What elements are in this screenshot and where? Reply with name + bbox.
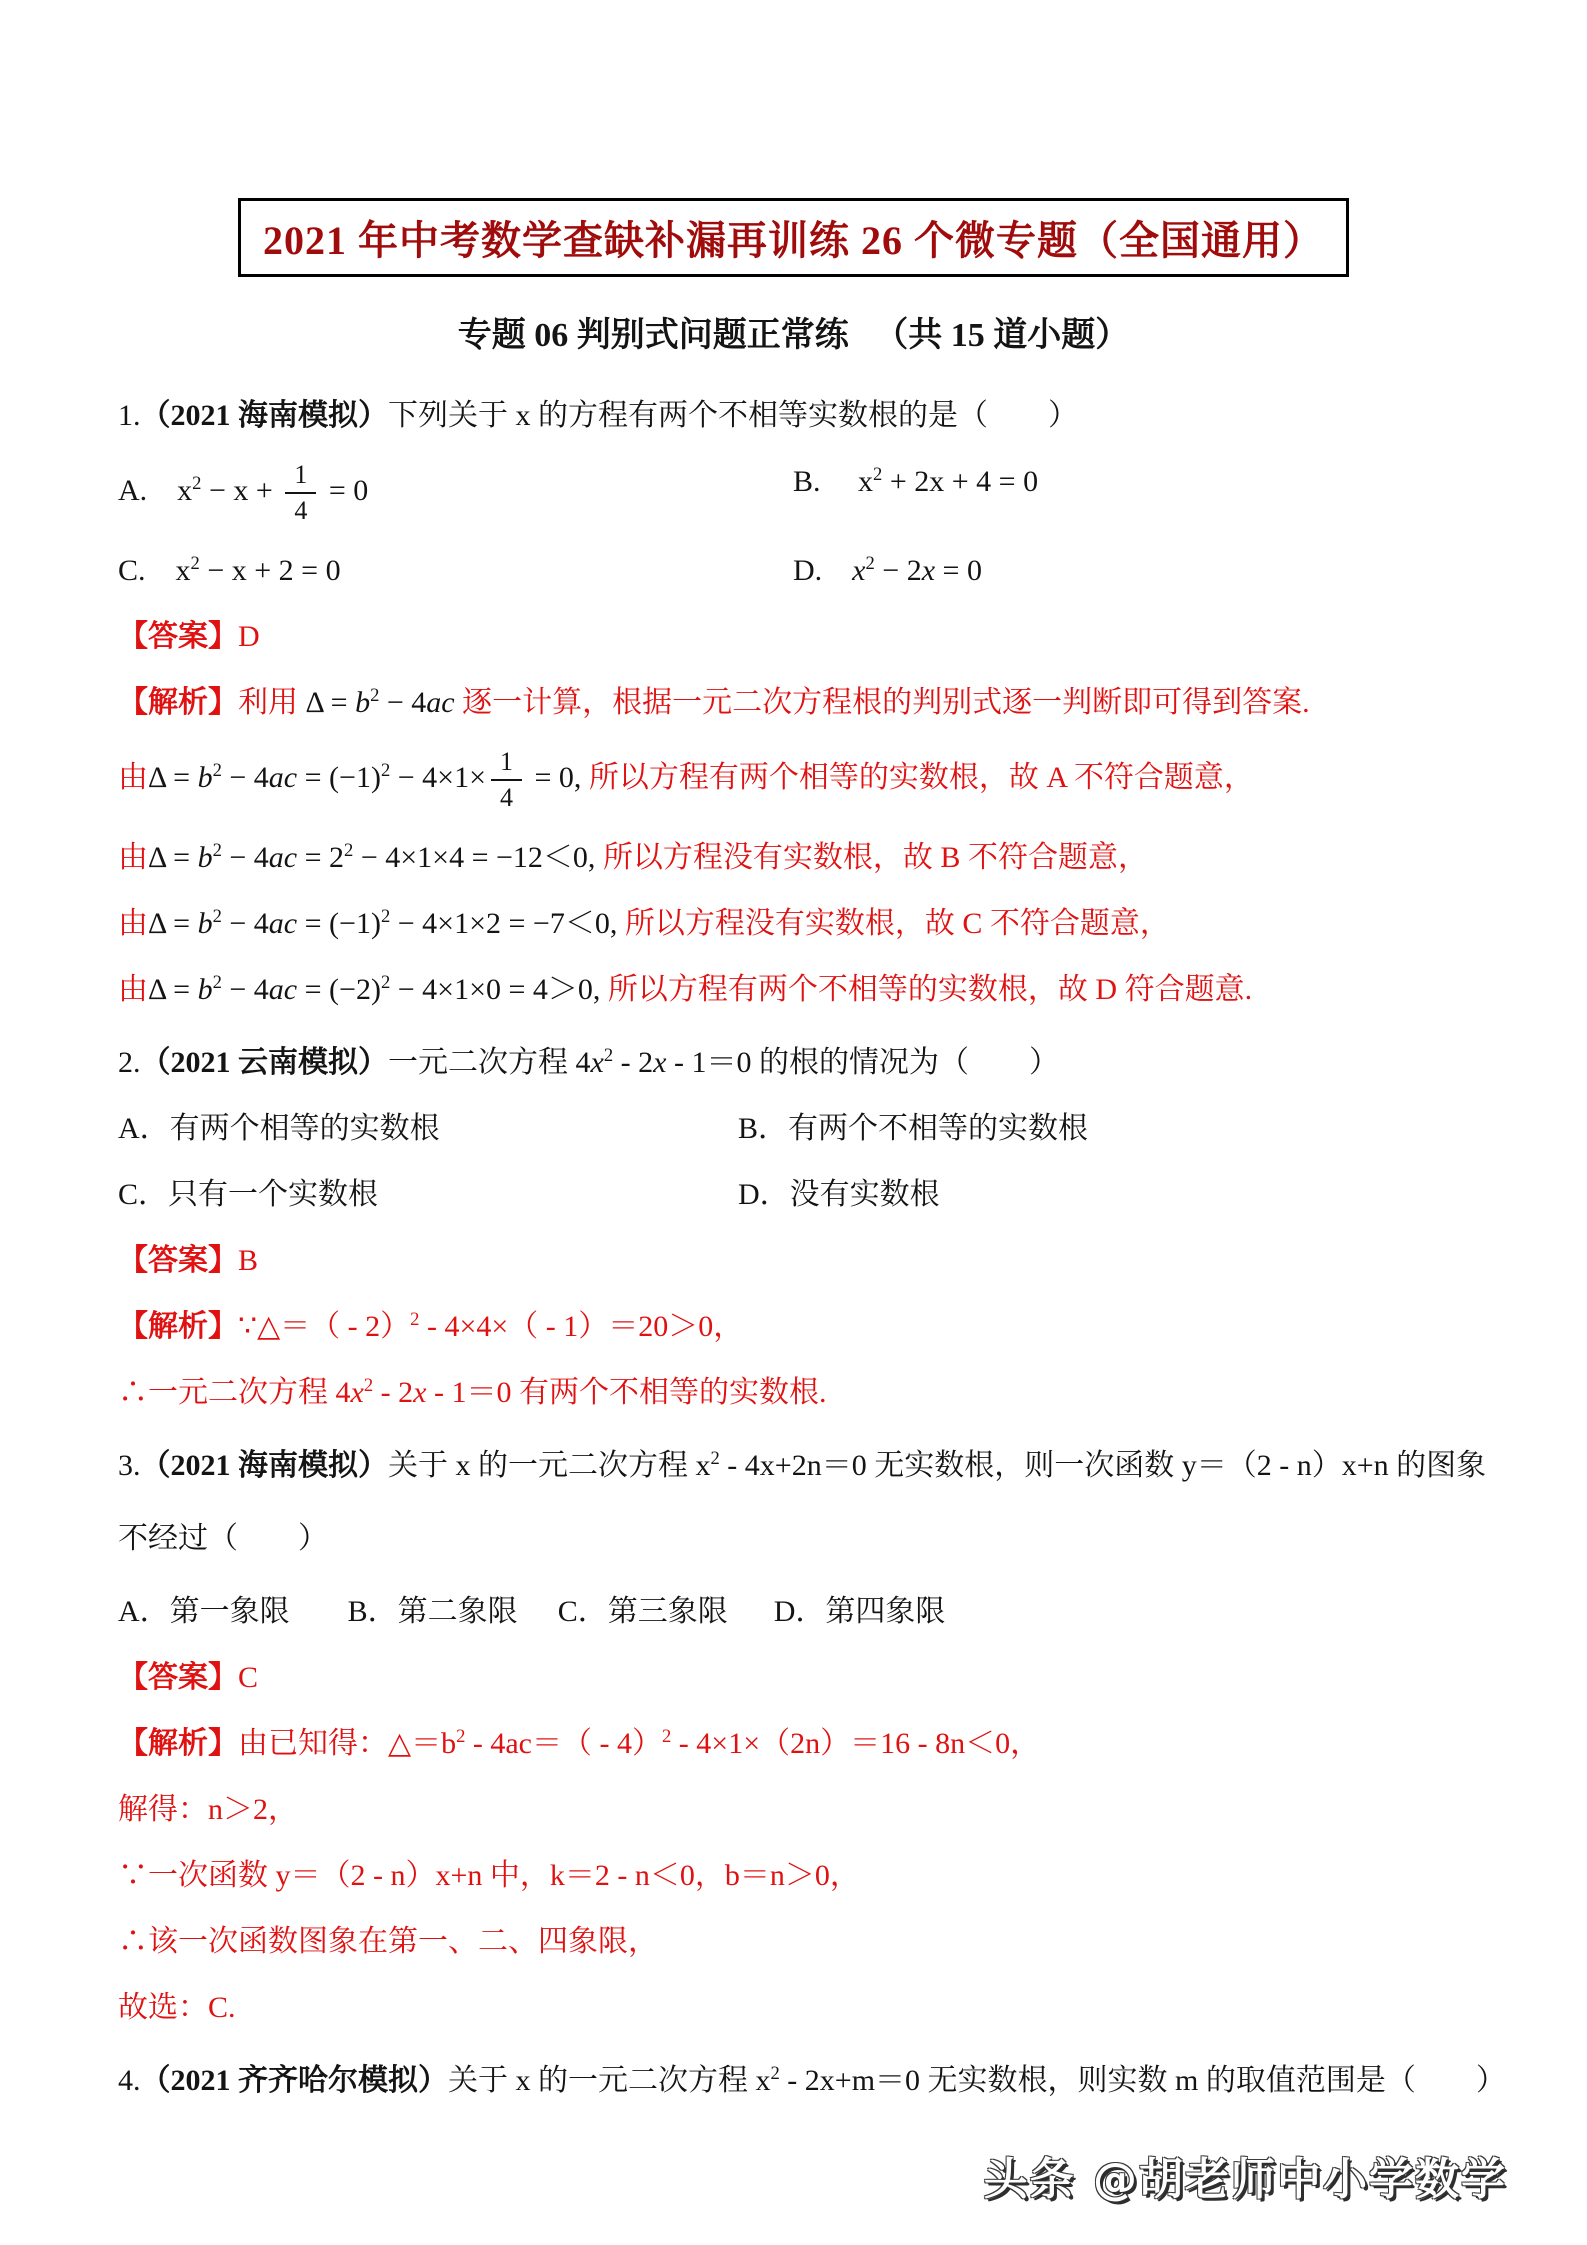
text-segment: b	[198, 907, 213, 940]
text-segment: Δ =	[148, 973, 198, 1006]
text-segment: 1.	[118, 399, 141, 432]
text-segment: B.	[793, 465, 858, 498]
question-2-options-ab: A．有两个相等的实数根B．有两个不相等的实数根	[118, 1109, 1537, 1148]
superscript: 2	[381, 906, 390, 927]
text-segment: − 4	[222, 761, 269, 794]
text-segment: = 0	[321, 474, 368, 507]
question-1-analysis-b: 由Δ = b2 − 4ac = 22 − 4×1×4 = −12＜0, 所以方程…	[118, 838, 1537, 877]
fraction: 14	[285, 462, 316, 524]
text-segment: 所以方程没有实数根，故 C 不符合题意，	[617, 907, 1170, 940]
superscript: 2	[873, 464, 882, 485]
text-segment: ∴一元二次方程 4	[118, 1376, 351, 1409]
text-segment: = 0,	[527, 761, 581, 794]
question-3-analysis-5: 故选：C.	[118, 1988, 1537, 2027]
spacer	[290, 1620, 348, 1621]
question-2-analysis-1: 【解析】∵△＝（ - 2）2 - 4×4×（ - 1）＝20＞0，	[118, 1307, 1537, 1346]
fraction-numerator: 1	[285, 462, 316, 492]
text-segment: − 2	[875, 554, 922, 587]
text-segment: A.	[118, 474, 177, 507]
superscript: 2	[344, 840, 353, 861]
text-segment: 关于 x 的一元二次方程 x	[388, 1449, 711, 1482]
text-segment: − 4×1×0 = 4＞0,	[390, 973, 600, 1006]
question-1-stem: 1.（2021 海南模拟）下列关于 x 的方程有两个不相等实数根的是（ ）	[118, 396, 1537, 435]
question-3-options: A．第一象限B．第二象限C．第三象限D．第四象限	[118, 1592, 1537, 1631]
text-segment: x	[177, 474, 192, 507]
text-segment: 所以方程有两个相等的实数根，故 A 不符合题意，	[581, 761, 1254, 794]
text-segment: b	[198, 761, 213, 794]
question-4-stem: 4.（2021 齐齐哈尔模拟）关于 x 的一元二次方程 x2 - 2x+m＝0 …	[118, 2061, 1537, 2100]
superscript: 2	[771, 2063, 780, 2084]
text-segment: + 2x + 4 = 0	[882, 465, 1038, 498]
fraction-numerator: 1	[491, 749, 522, 779]
text-segment: Δ =	[298, 686, 355, 719]
text-segment: = (−1)	[297, 761, 381, 794]
text-segment: 【解析】	[118, 686, 238, 719]
watermark: 头条 @胡老师中小学数学	[984, 2143, 1507, 2207]
text-segment: x	[413, 1376, 426, 1409]
superscript: 2	[213, 906, 222, 927]
text-segment: D	[238, 620, 260, 653]
text-segment: x	[858, 465, 873, 498]
text-segment: 【解析】	[118, 1727, 238, 1760]
text-segment: x	[591, 1046, 604, 1079]
text-segment: - 4ac＝（ - 4）	[465, 1727, 662, 1760]
text-segment: Δ =	[148, 907, 198, 940]
text-segment: 故选：C.	[118, 1991, 236, 2024]
text-segment: b	[198, 973, 213, 1006]
text-segment: b	[198, 841, 213, 874]
question-3-answer: 【答案】C	[118, 1658, 1537, 1697]
question-1-analysis-intro: 【解析】利用 Δ = b2 − 4ac 逐一计算，根据一元二次方程根的判别式逐一…	[118, 683, 1537, 722]
text-segment: - 2x+m＝0 无实数根，则实数 m 的取值范围是（ ）	[780, 2064, 1506, 2097]
superscript: 2	[213, 760, 222, 781]
superscript: 2	[381, 972, 390, 993]
question-3-analysis-2: 解得：n＞2，	[118, 1790, 1537, 1829]
superscript: 2	[711, 1448, 720, 1469]
text-segment: - 1＝0 的根的情况为（ ）	[666, 1046, 1059, 1079]
text-segment: = (−2)	[297, 973, 381, 1006]
question-2-options-ab-right: B．有两个不相等的实数根	[738, 1109, 1088, 1148]
text-segment: 由	[118, 841, 148, 874]
text-segment: （2021 云南模拟）	[141, 1046, 389, 1079]
text-segment: b	[355, 686, 370, 719]
text-segment: 【答案】	[118, 1661, 238, 1694]
text-segment: − x + 2 = 0	[200, 554, 341, 587]
text-segment: − 4	[222, 907, 269, 940]
text-segment: B．第二象限	[348, 1595, 518, 1628]
title-banner: 2021 年中考数学查缺补漏再训练 26 个微专题（全国通用）	[238, 198, 1349, 277]
spacer	[518, 1620, 558, 1621]
text-segment: 一元二次方程 4	[388, 1046, 591, 1079]
text-segment: − 4	[379, 686, 426, 719]
question-2-answer: 【答案】B	[118, 1241, 1537, 1280]
text-segment: 逐一计算，根据一元二次方程根的判别式逐一判断即可得到答案.	[455, 686, 1310, 719]
superscript: 2	[604, 1045, 613, 1066]
superscript: 2	[456, 1726, 465, 1747]
text-segment: C.	[118, 554, 176, 587]
question-3-stem-line-2: 不经过（ ）	[118, 1519, 1537, 1558]
text-segment: ac	[269, 973, 297, 1006]
text-segment: - 4×4×（ - 1）＝20＞0，	[419, 1310, 743, 1343]
text-segment: 【解析】	[118, 1310, 238, 1343]
question-3-analysis-3: ∵一次函数 y＝（2 - n）x+n 中，k＝2 - n＜0，b＝n＞0，	[118, 1856, 1537, 1895]
fraction: 14	[491, 749, 522, 811]
text-segment: - 4×1×（2n）＝16 - 8n＜0，	[671, 1727, 1040, 1760]
text-segment: 由已知得：△＝b	[238, 1727, 456, 1760]
text-segment: − 4	[222, 973, 269, 1006]
text-segment: 关于 x 的一元二次方程 x	[448, 2064, 771, 2097]
superscript: 2	[381, 760, 390, 781]
text-segment: 下列关于 x 的方程有两个不相等实数根的是（ ）	[388, 399, 1078, 432]
question-1-answer: 【答案】D	[118, 617, 1537, 656]
text-segment: C．只有一个实数根	[118, 1178, 378, 1211]
text-segment: ∵△＝（ - 2）	[238, 1310, 410, 1343]
page-title: 2021 年中考数学查缺补漏再训练 26 个微专题（全国通用）	[263, 218, 1324, 263]
superscript: 2	[213, 972, 222, 993]
superscript: 2	[866, 553, 875, 574]
text-segment: - 2	[613, 1046, 653, 1079]
question-1-options-ab-right: B. x2 + 2x + 4 = 0	[793, 462, 1038, 501]
text-segment: B．有两个不相等的实数根	[738, 1112, 1088, 1145]
text-segment: 4.	[118, 2064, 141, 2097]
text-segment: - 1＝0 有两个不相等的实数根.	[426, 1376, 826, 1409]
text-segment: ac	[269, 907, 297, 940]
text-segment: （2021 海南模拟）	[141, 399, 389, 432]
document-page: 2021 年中考数学查缺补漏再训练 26 个微专题（全国通用） 专题 06 判别…	[0, 0, 1587, 2245]
text-segment: − x +	[201, 474, 280, 507]
text-segment: x	[922, 554, 935, 587]
text-segment: C	[238, 1661, 258, 1694]
text-segment: − 4×1×4 = −12＜0,	[353, 841, 595, 874]
text-segment: − 4×1×2 = −7＜0,	[390, 907, 617, 940]
text-segment: （2021 齐齐哈尔模拟）	[141, 2064, 449, 2097]
question-1-options-cd: C. x2 − x + 2 = 0D. x2 − 2x = 0	[118, 551, 1537, 590]
text-segment: 2.	[118, 1046, 141, 1079]
text-segment: C．第三象限	[558, 1595, 728, 1628]
text-segment: D．第四象限	[774, 1595, 946, 1628]
text-segment: ac	[426, 686, 454, 719]
text-segment: 所以方程没有实数根，故 B 不符合题意，	[595, 841, 1148, 874]
text-segment: = (−1)	[297, 907, 381, 940]
superscript: 2	[364, 1375, 373, 1396]
text-segment: x	[176, 554, 191, 587]
superscript: 2	[662, 1726, 671, 1747]
text-segment: D．没有实数根	[738, 1178, 940, 1211]
question-1-options-cd-right: D. x2 − 2x = 0	[793, 551, 982, 590]
text-segment: x	[653, 1046, 666, 1079]
question-2-stem: 2.（2021 云南模拟）一元二次方程 4x2 - 2x - 1＝0 的根的情况…	[118, 1043, 1537, 1082]
text-segment: D.	[793, 554, 852, 587]
text-segment: B	[238, 1244, 258, 1277]
question-1-options-ab: A. x2 − x + 14 = 0B. x2 + 2x + 4 = 0	[118, 462, 1537, 524]
document-body: 1.（2021 海南模拟）下列关于 x 的方程有两个不相等实数根的是（ ）A. …	[118, 396, 1537, 2100]
question-2-analysis-2: ∴一元二次方程 4x2 - 2x - 1＝0 有两个不相等的实数根.	[118, 1373, 1537, 1412]
text-segment: x	[852, 554, 865, 587]
text-segment: x	[351, 1376, 364, 1409]
fraction-denominator: 4	[491, 779, 522, 811]
question-3-analysis-1: 【解析】由已知得：△＝b2 - 4ac＝（ - 4）2 - 4×1×（2n）＝1…	[118, 1724, 1537, 1763]
question-1-analysis-a: 由Δ = b2 − 4ac = (−1)2 − 4×1×14 = 0, 所以方程…	[118, 749, 1537, 811]
text-segment: Δ =	[148, 841, 198, 874]
fraction-denominator: 4	[285, 492, 316, 524]
text-segment: A．有两个相等的实数根	[118, 1112, 440, 1145]
text-segment: Δ =	[148, 761, 198, 794]
text-segment: − 4×1×	[390, 761, 486, 794]
superscript: 2	[370, 685, 379, 706]
text-segment: 利用	[238, 686, 298, 719]
question-3-analysis-4: ∴该一次函数图象在第一、二、四象限，	[118, 1922, 1537, 1961]
spacer	[728, 1620, 774, 1621]
text-segment: - 2	[373, 1376, 413, 1409]
text-segment: 【答案】	[118, 1244, 238, 1277]
text-segment: ac	[269, 761, 297, 794]
text-segment: ac	[269, 841, 297, 874]
text-segment: （2021 海南模拟）	[141, 1449, 389, 1482]
question-1-analysis-d: 由Δ = b2 − 4ac = (−2)2 − 4×1×0 = 4＞0, 所以方…	[118, 970, 1537, 1009]
subtitle: 专题 06 判别式问题正常练 （共 15 道小题）	[0, 307, 1587, 356]
text-segment: ∴该一次函数图象在第一、二、四象限，	[118, 1925, 658, 1958]
text-segment: 由	[118, 761, 148, 794]
text-segment: 不经过（ ）	[118, 1522, 328, 1555]
text-segment: 【答案】	[118, 620, 238, 653]
text-segment: 由	[118, 973, 148, 1006]
text-segment: A．第一象限	[118, 1595, 290, 1628]
text-segment: − 4	[222, 841, 269, 874]
question-2-options-cd: C．只有一个实数根D．没有实数根	[118, 1175, 1537, 1214]
question-2-options-cd-right: D．没有实数根	[738, 1175, 940, 1214]
text-segment: 所以方程有两个不相等的实数根，故 D 符合题意.	[600, 973, 1252, 1006]
text-segment: = 2	[297, 841, 344, 874]
superscript: 2	[213, 840, 222, 861]
text-segment: 由	[118, 907, 148, 940]
text-segment: 解得：n＞2，	[118, 1793, 298, 1826]
question-3-stem: 3.（2021 海南模拟）关于 x 的一元二次方程 x2 - 4x+2n＝0 无…	[118, 1446, 1537, 1485]
text-segment: - 4x+2n＝0 无实数根，则一次函数 y＝（2 - n）x+n 的图象	[720, 1449, 1486, 1482]
question-1-analysis-c: 由Δ = b2 − 4ac = (−1)2 − 4×1×2 = −7＜0, 所以…	[118, 904, 1537, 943]
text-segment: = 0	[935, 554, 982, 587]
text-segment: 3.	[118, 1449, 141, 1482]
text-segment: ∵一次函数 y＝（2 - n）x+n 中，k＝2 - n＜0，b＝n＞0，	[118, 1859, 860, 1892]
superscript: 2	[191, 553, 200, 574]
